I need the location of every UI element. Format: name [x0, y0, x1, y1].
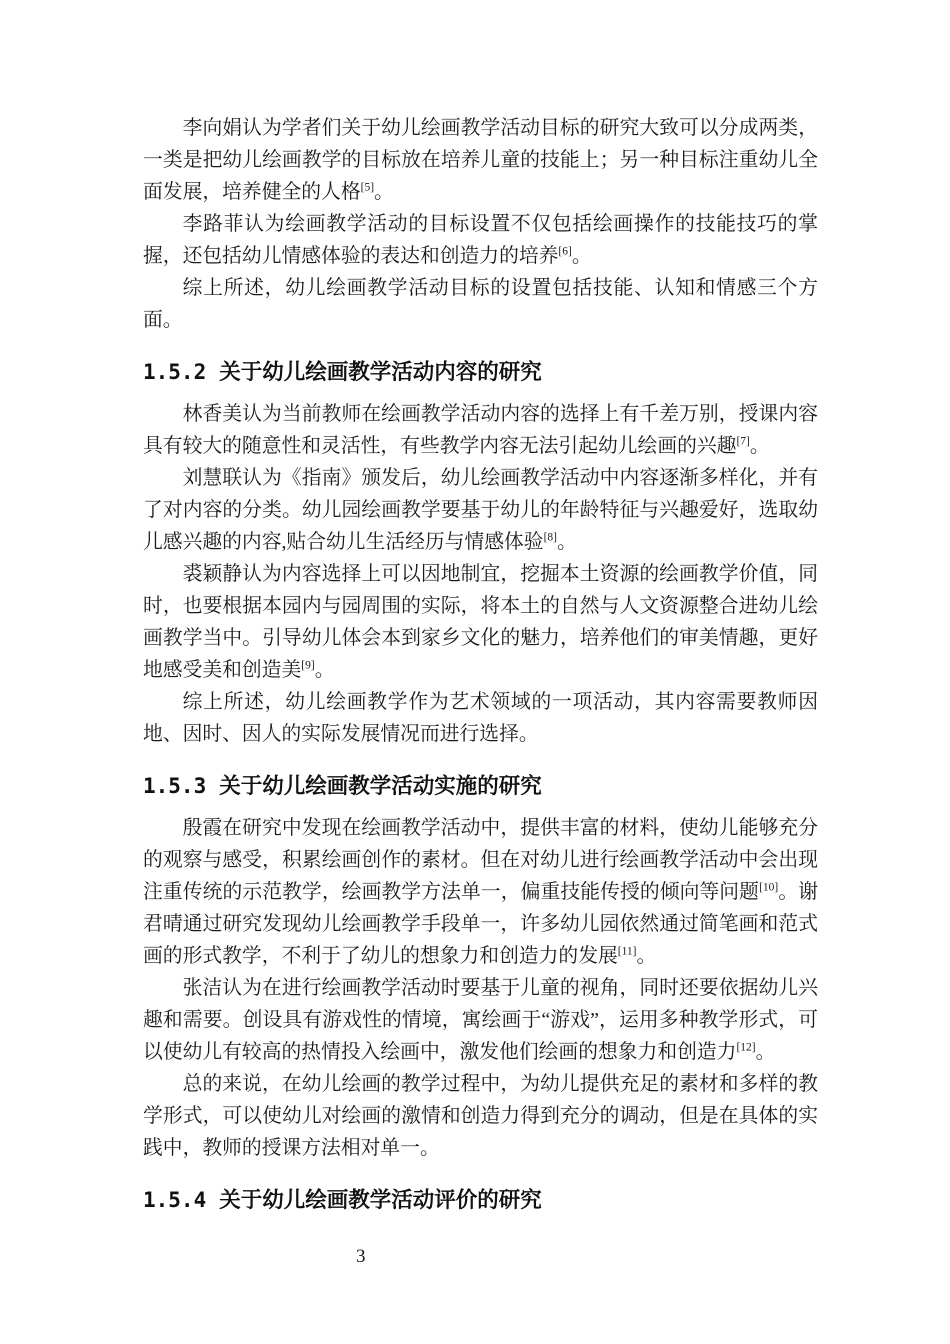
paragraph-text: 张洁认为在进行绘画教学活动时要基于儿童的视角，同时还要依据幼儿兴趣和需要。创设具…	[143, 977, 818, 1063]
paragraph-text: 。	[315, 659, 335, 681]
heading-number: 1.5.3	[143, 774, 206, 798]
section-heading-1-5-4: 1.5.4关于幼儿绘画教学活动评价的研究	[143, 1184, 818, 1216]
heading-title: 关于幼儿绘画教学活动内容的研究	[219, 360, 542, 384]
paragraph-text: 。	[750, 435, 770, 457]
paragraph-text: 刘慧联认为《指南》颁发后，幼儿绘画教学活动中内容逐渐多样化，并有了对内容的分类。…	[143, 467, 818, 553]
citation-ref: [5]	[361, 181, 374, 193]
section-1-5-2: 1.5.2关于幼儿绘画教学活动内容的研究 林香美认为当前教师在绘画教学活动内容的…	[143, 356, 818, 750]
paragraph: 总的来说，在幼儿绘画的教学过程中，为幼儿提供充足的素材和多样的教学形式，可以使幼…	[143, 1068, 818, 1164]
document-page: 李向娟认为学者们关于幼儿绘画教学活动目标的研究大致可以分成两类，一类是把幼儿绘画…	[0, 0, 950, 1344]
citation-ref: [9]	[301, 659, 314, 671]
citation-ref: [8]	[544, 531, 557, 543]
citation-ref: [7]	[736, 435, 749, 447]
paragraph: 综上所述，幼儿绘画教学作为艺术领域的一项活动，其内容需要教师因地、因时、因人的实…	[143, 686, 818, 750]
citation-ref: [6]	[558, 245, 571, 257]
citation-ref: [12]	[736, 1041, 755, 1053]
section-heading-1-5-3: 1.5.3关于幼儿绘画教学活动实施的研究	[143, 770, 818, 802]
paragraph-text: 综上所述，幼儿绘画教学作为艺术领域的一项活动，其内容需要教师因地、因时、因人的实…	[143, 691, 818, 745]
paragraph-text: 林香美认为当前教师在绘画教学活动内容的选择上有千差万别，授课内容具有较大的随意性…	[143, 403, 818, 457]
paragraph-text: 综上所述，幼儿绘画教学活动目标的设置包括技能、认知和情感三个方面。	[143, 277, 818, 331]
section-goals-research: 李向娟认为学者们关于幼儿绘画教学活动目标的研究大致可以分成两类，一类是把幼儿绘画…	[143, 112, 818, 336]
paragraph-text: 李路菲认为绘画教学活动的目标设置不仅包括绘画操作的技能技巧的掌握，还包括幼儿情感…	[143, 213, 818, 267]
paragraph: 刘慧联认为《指南》颁发后，幼儿绘画教学活动中内容逐渐多样化，并有了对内容的分类。…	[143, 462, 818, 558]
citation-ref: [10]	[759, 881, 778, 893]
paragraph-text: 。	[572, 245, 592, 267]
section-1-5-4: 1.5.4关于幼儿绘画教学活动评价的研究	[143, 1184, 818, 1216]
paragraph-text: 裘颖静认为内容选择上可以因地制宜，挖掘本土资源的绘画教学价值，同时，也要根据本园…	[143, 563, 818, 681]
page-number: 3	[356, 1246, 366, 1268]
section-1-5-3: 1.5.3关于幼儿绘画教学活动实施的研究 殷霞在研究中发现在绘画教学活动中，提供…	[143, 770, 818, 1164]
heading-title: 关于幼儿绘画教学活动评价的研究	[219, 1188, 542, 1212]
paragraph-text: 总的来说，在幼儿绘画的教学过程中，为幼儿提供充足的素材和多样的教学形式，可以使幼…	[143, 1073, 818, 1159]
paragraph: 综上所述，幼儿绘画教学活动目标的设置包括技能、认知和情感三个方面。	[143, 272, 818, 336]
page-content: 李向娟认为学者们关于幼儿绘画教学活动目标的研究大致可以分成两类，一类是把幼儿绘画…	[143, 112, 818, 1226]
paragraph-text: 李向娟认为学者们关于幼儿绘画教学活动目标的研究大致可以分成两类，一类是把幼儿绘画…	[143, 117, 818, 203]
paragraph: 张洁认为在进行绘画教学活动时要基于儿童的视角，同时还要依据幼儿兴趣和需要。创设具…	[143, 972, 818, 1068]
section-heading-1-5-2: 1.5.2关于幼儿绘画教学活动内容的研究	[143, 356, 818, 388]
paragraph-text: 。	[637, 945, 657, 967]
paragraph-text: 。	[374, 181, 394, 203]
heading-title: 关于幼儿绘画教学活动实施的研究	[219, 774, 542, 798]
citation-ref: [11]	[618, 945, 637, 957]
paragraph: 林香美认为当前教师在绘画教学活动内容的选择上有千差万别，授课内容具有较大的随意性…	[143, 398, 818, 462]
paragraph: 李向娟认为学者们关于幼儿绘画教学活动目标的研究大致可以分成两类，一类是把幼儿绘画…	[143, 112, 818, 208]
paragraph: 裘颖静认为内容选择上可以因地制宜，挖掘本土资源的绘画教学价值，同时，也要根据本园…	[143, 558, 818, 686]
heading-number: 1.5.2	[143, 360, 206, 384]
paragraph-text: 。	[557, 531, 577, 553]
paragraph-text: 殷霞在研究中发现在绘画教学活动中，提供丰富的材料，使幼儿能够充分的观察与感受，积…	[143, 817, 818, 903]
heading-number: 1.5.4	[143, 1188, 206, 1212]
paragraph: 殷霞在研究中发现在绘画教学活动中，提供丰富的材料，使幼儿能够充分的观察与感受，积…	[143, 812, 818, 972]
paragraph-text: 。	[756, 1041, 776, 1063]
paragraph: 李路菲认为绘画教学活动的目标设置不仅包括绘画操作的技能技巧的掌握，还包括幼儿情感…	[143, 208, 818, 272]
